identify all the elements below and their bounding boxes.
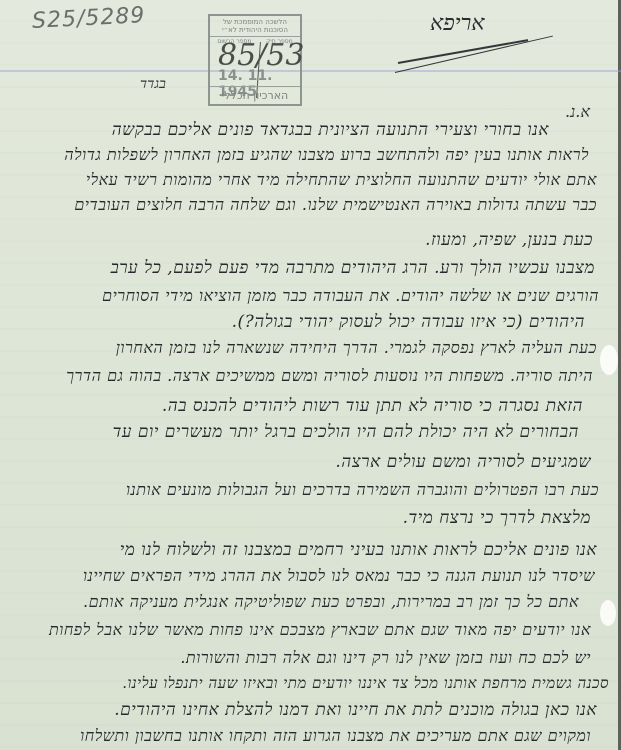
letter-line: יש לכם כח ועוז בזמן שאין לנו רק דינו וגם… bbox=[180, 648, 591, 668]
letter-line: הורגים שנים או שלשה יהודים. את העבודה כב… bbox=[102, 286, 599, 306]
letter-line: אנו כאן בגולה מוכנים לתת את חיינו ואת דמ… bbox=[114, 700, 597, 720]
letter-line: לראות אותנו בעין יפה ולהתחשב ברוע מצבנו … bbox=[64, 145, 589, 165]
letter-line: הזאת נסגרה כי סוריה לא תתן עוד רשות ליהו… bbox=[162, 396, 583, 416]
letter-line: היתה סוריה. משפחות היו נוסעות לסוריה ומש… bbox=[66, 366, 593, 386]
letter-line: כעת העליה לארץ נפסקה לגמרי. הדרך היחידה … bbox=[116, 338, 597, 358]
letter-line: אנו יודעים יפה מאוד שגם אתם שבארץ מצבכם … bbox=[49, 620, 591, 640]
signature-underline bbox=[398, 39, 528, 64]
reference-number: S25/5289 bbox=[31, 3, 146, 34]
letter-line: הבחורים לא היה יכולת להם היו הולכים ברגל… bbox=[113, 422, 579, 442]
letter-line: מצבנו עכשיו הולך ורע. הרג היהודים מתרבה … bbox=[111, 258, 595, 278]
letter-line: ומקוים שגם אתם מעריכים את מצבנו הגרוע הז… bbox=[80, 726, 591, 746]
scan-artifact-line bbox=[0, 70, 621, 72]
header-signature: אריפא bbox=[430, 10, 485, 36]
stamp-header: הלשכה המוסמכת של הסוכנות היהודית לא״י bbox=[210, 16, 300, 37]
letter-line: אתם כל כך זמן רב במרירות, ובפרט כעת שפול… bbox=[83, 592, 579, 612]
letter-line: מלצאת לדרך כי נרצח מיד. bbox=[403, 508, 591, 528]
glare-spot bbox=[600, 345, 618, 375]
letter-line: היהודים (כי איזו עבודה יכול לעסוק יהודי … bbox=[232, 312, 585, 332]
letter-line: כעת רבו הפטרולים והוגברה השמירה בדרכים ו… bbox=[126, 480, 599, 500]
letter-line: שמגיעים לסוריה ומשם עולים ארצה. bbox=[335, 452, 591, 472]
salutation: א.נ. bbox=[565, 102, 590, 122]
city-heading: בגדד bbox=[140, 76, 166, 93]
letter-line: כעת בנען, שפיה, ומעוז. bbox=[425, 230, 593, 250]
scanned-letter-page: S25/5289 הלשכה המוסמכת של הסוכנות היהודי… bbox=[0, 0, 621, 750]
letter-line: כבר עשתה גדולות באוירה האנטישמית שלנו. ו… bbox=[74, 195, 597, 215]
letter-line: אנו בחורי וצעירי התנועה הציונית בבגדאד פ… bbox=[112, 120, 549, 140]
letter-line: סכנה גשמית מרחפת אותנו מכל צד איננו יודע… bbox=[122, 674, 609, 693]
archive-stamp: הלשכה המוסמכת של הסוכנות היהודית לא״י מס… bbox=[208, 14, 302, 106]
letter-line: שיסדר לנו תנועת הגנה כי כבר נמאס לנו לסב… bbox=[83, 566, 595, 586]
letter-line: אנו פונים אליכם לראות אותנו בעיני רחמים … bbox=[120, 540, 597, 560]
stamp-footer: הארכיון הכללי bbox=[210, 86, 300, 104]
signature-underline bbox=[395, 36, 553, 73]
letter-line: אתם אולי יודעים שהתנועה החלוצית שהתחילה … bbox=[86, 170, 597, 190]
glare-spot bbox=[600, 600, 616, 626]
